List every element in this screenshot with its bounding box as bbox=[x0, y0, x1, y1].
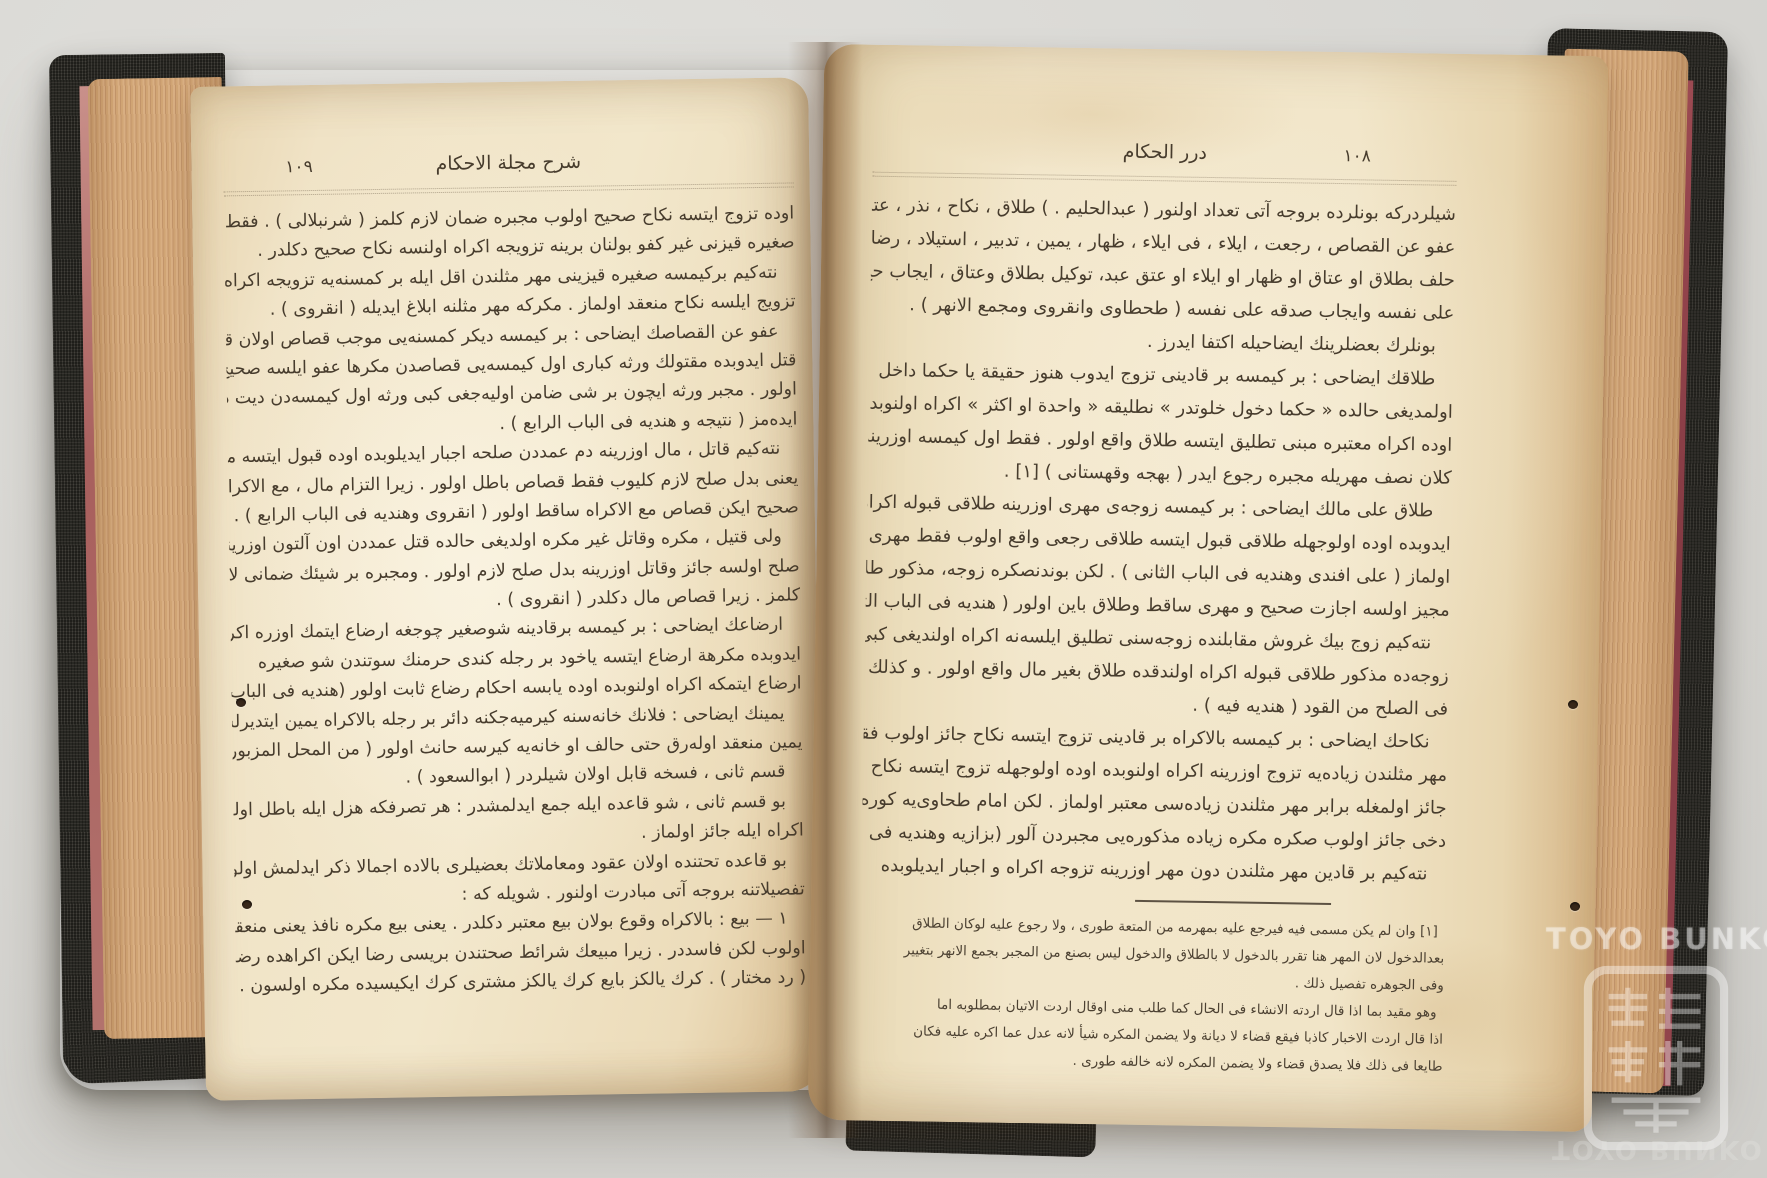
page-right-content: ١٠٨ درر الحكام شيلردركه بونلرده بروجه آت… bbox=[858, 137, 1457, 1081]
page-left-content: ١٠٩ شرح مجلة الاحكام اوده تزوج ايتسه نكا… bbox=[223, 147, 806, 1001]
running-title-right: درر الحكام bbox=[873, 137, 1457, 168]
page-left-text-column: اوده تزوج ايتسه نكاح صحيح اولوب مجبره ضم… bbox=[224, 199, 806, 1001]
page-left: ١٠٩ شرح مجلة الاحكام اوده تزوج ايتسه نكا… bbox=[190, 77, 824, 1101]
watermark-text-mirrored: TOYO BUNKO bbox=[1552, 1134, 1764, 1164]
footnote-separator-rule bbox=[1135, 900, 1331, 905]
photo-open-book: ١٠٩ شرح مجلة الاحكام اوده تزوج ايتسه نكا… bbox=[0, 0, 1767, 1178]
punch-hole bbox=[1568, 700, 1578, 709]
page-right: ١٠٨ درر الحكام شيلردركه بونلرده بروجه آت… bbox=[808, 44, 1609, 1132]
page-right-text-column: شيلردركه بونلرده بروجه آتى تعداد اولنور … bbox=[861, 189, 1456, 891]
running-title-left: شرح مجلة الاحكام bbox=[223, 147, 793, 178]
punch-hole bbox=[236, 698, 246, 707]
page-right-header: ١٠٨ درر الحكام bbox=[873, 137, 1457, 178]
punch-hole bbox=[242, 900, 252, 909]
page-right-footnote-column: [١] وان لم يكن مسمى فيه فيرجع عليه بمهرم… bbox=[858, 910, 1444, 1081]
punch-hole bbox=[1570, 902, 1580, 911]
page-left-header: ١٠٩ شرح مجلة الاحكام bbox=[223, 147, 793, 188]
